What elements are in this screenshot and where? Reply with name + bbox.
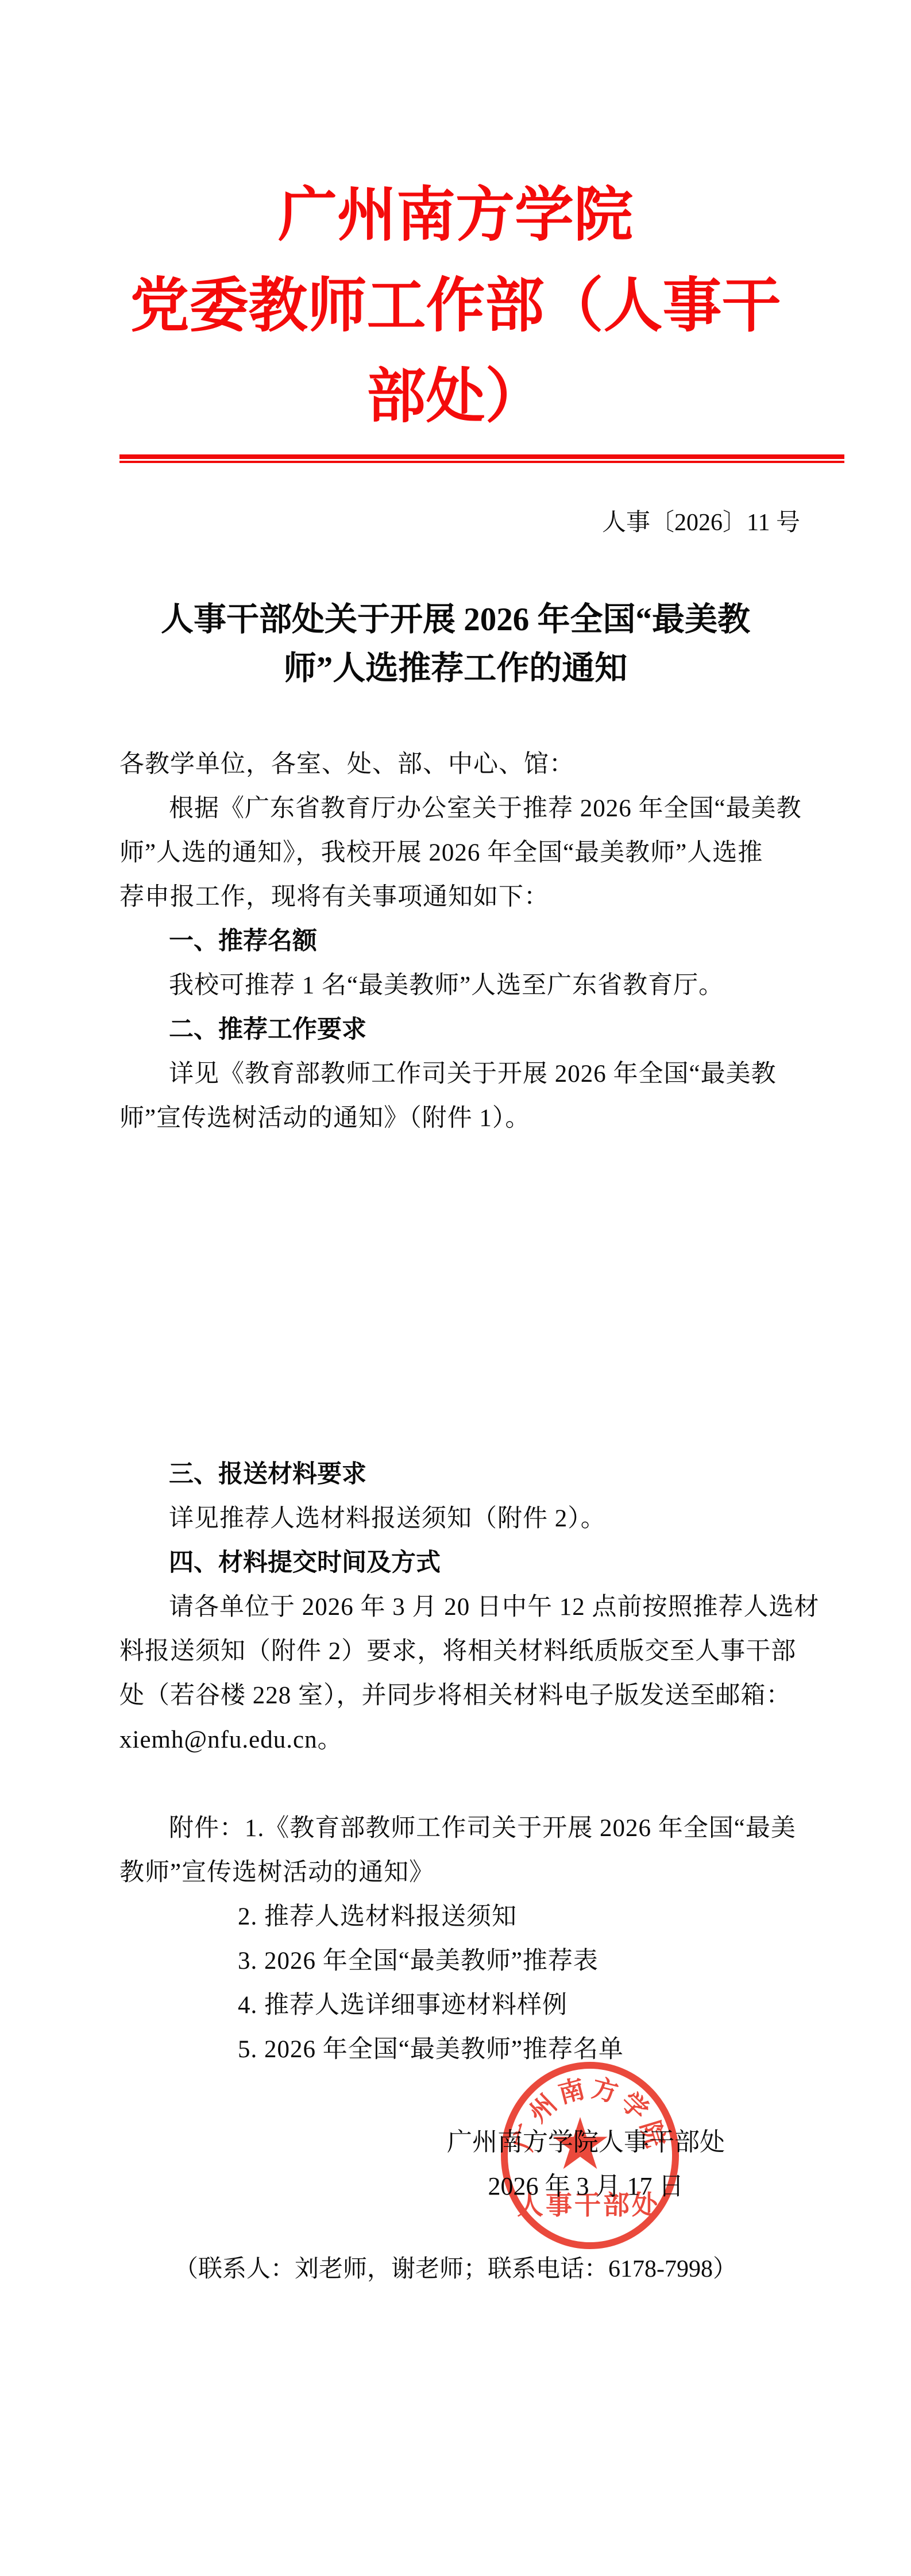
text-line [119,1762,806,1806]
text-line: 详见推荐人选材料报送须知（附件 2）。 [119,1497,806,1541]
text-line: 教师”宣传选树活动的通知》 [119,1850,806,1895]
text-line: 请各单位于 2026 年 3 月 20 日中午 12 点前按照推荐人选材 [119,1585,806,1629]
text-line: 四、材料提交时间及方式 [119,1541,806,1585]
body-page2: 三、报送材料要求详见推荐人选材料报送须知（附件 2）。四、材料提交时间及方式请各… [119,1452,806,2072]
text-line: 二、推荐工作要求 [119,1008,806,1052]
text-line: 师”人选推荐工作的通知 [59,644,852,693]
text-line: 4. 推荐人选详细事迹材料样例 [238,1983,806,2027]
text-line: 一、推荐名额 [119,919,806,963]
text-line: 部处） [59,352,852,442]
text-line: 3. 2026 年全国“最美教师”推荐表 [238,1939,806,1983]
text-line: 详见《教育部教师工作司关于开展 2026 年全国“最美教 [119,1052,806,1096]
text-line: 各教学单位，各室、处、部、中心、馆： [119,742,806,786]
text-line: 2. 推荐人选材料报送须知 [238,1895,806,1939]
text-line: 料报送须知（附件 2）要求，将相关材料纸质版交至人事干部 [119,1629,806,1673]
text-line: 荐申报工作，现将有关事项通知如下： [119,875,806,919]
text-line: xiemh@nfu.edu.cn。 [119,1718,806,1762]
notice-title: 人事干部处关于开展 2026 年全国“最美教师”人选推荐工作的通知 [59,595,852,693]
notice-document-page: 广州南方学院党委教师工作部（人事干部处） 人事〔2026〕11 号 人事干部处关… [0,0,911,2576]
text-line: 处（若谷楼 228 室），并同步将相关材料电子版发送至邮箱： [119,1673,806,1718]
red-rule-thick-line [119,454,844,459]
contact-line: （联系人：刘老师，谢老师；联系电话：6178-7998） [0,2247,911,2292]
text-line: 我校可推荐 1 名“最美教师”人选至广东省教育厅。 [119,963,806,1008]
official-seal: 广州南方学院 人事干部处 [492,2052,688,2259]
seal-star-icon [553,2117,607,2169]
red-rule-thin-line [119,461,844,463]
text-line: 广州南方学院 [59,170,852,261]
text-line: 根据《广东省教育厅办公室关于推荐 2026 年全国“最美教 [119,786,806,831]
seal-bottom-text: 人事干部处 [517,2191,661,2220]
text-line: 附件：1.《教育部教师工作司关于开展 2026 年全国“最美 [119,1806,806,1850]
document-number: 人事〔2026〕11 号 [119,501,800,545]
text-line: 师”宣传选树活动的通知》（附件 1）。 [119,1096,806,1140]
red-divider-rule [119,454,844,463]
red-header-org-title: 广州南方学院党委教师工作部（人事干部处） [59,170,852,442]
text-line: 人事干部处关于开展 2026 年全国“最美教 [59,595,852,644]
text-line: 党委教师工作部（人事干 [59,261,852,352]
text-line: 三、报送材料要求 [119,1452,806,1497]
text-line: 师”人选的通知》，我校开展 2026 年全国“最美教师”人选推 [119,831,806,875]
body-page1: 各教学单位，各室、处、部、中心、馆：根据《广东省教育厅办公室关于推荐 2026 … [119,742,806,1140]
